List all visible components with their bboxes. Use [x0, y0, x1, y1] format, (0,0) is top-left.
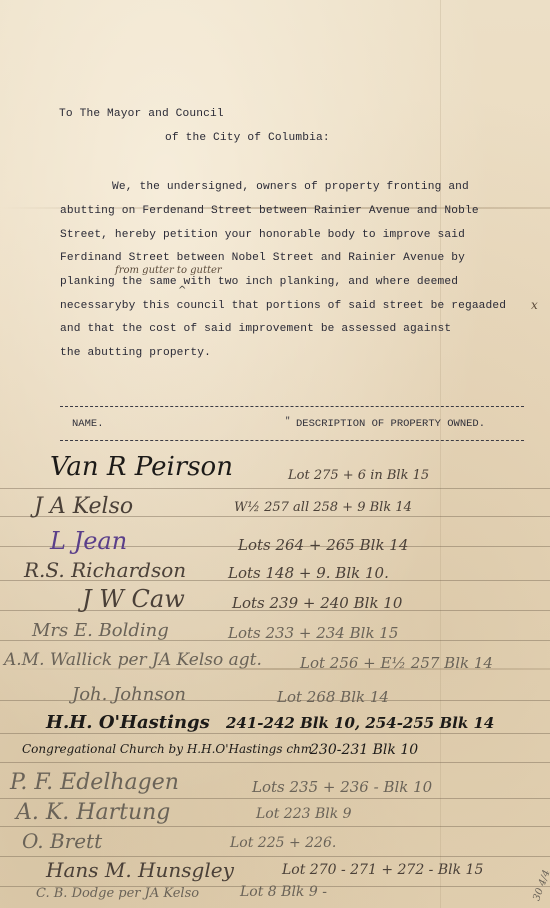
- body-line: We, the undersigned, owners of property …: [112, 181, 469, 193]
- signature-property: W½ 257 all 258 + 9 Blk 14: [234, 500, 412, 515]
- signature-name: Congregational Church by H.H.O'Hastings …: [22, 742, 312, 756]
- body-line: necessaryby this council that portions o…: [60, 300, 506, 312]
- signature-property: Lot 256 + E½ 257 Blk 14: [300, 654, 493, 672]
- signature-property: Lot 275 + 6 in Blk 15: [288, 468, 429, 483]
- signature-name: L Jean: [50, 527, 127, 555]
- ruled-line: [0, 762, 550, 763]
- header-top-rule: [60, 406, 524, 407]
- ruled-line: [0, 488, 550, 489]
- paper-fold-vertical: [440, 0, 441, 908]
- signature-property: Lots 235 + 236 - Blk 10: [252, 778, 432, 796]
- signature-property: 230-231 Blk 10: [310, 742, 418, 758]
- header-bottom-rule: [60, 440, 524, 441]
- ruled-line: [0, 856, 550, 857]
- body-line: the abutting property.: [60, 347, 211, 359]
- signature-name: Hans M. Hunsgley: [46, 858, 234, 882]
- handwritten-insert: from gutter to gutter: [115, 265, 222, 276]
- ruled-line: [0, 798, 550, 799]
- body-line: and that the cost of said improvement be…: [60, 323, 451, 335]
- addressee-line-2: of the City of Columbia:: [165, 132, 330, 144]
- body-line: Ferdinand Street between Nobel Street an…: [60, 252, 465, 264]
- ruled-line: [0, 733, 550, 734]
- column-header-name: NAME.: [72, 418, 104, 430]
- signature-name: J A Kelso: [34, 494, 133, 519]
- signature-property: Lot 268 Blk 14: [277, 688, 389, 706]
- signature-property: Lot 225 + 226.: [230, 835, 336, 851]
- signature-property: Lot 8 Blk 9 -: [240, 884, 327, 900]
- petition-document: To The Mayor and Council of the City of …: [0, 0, 550, 908]
- signature-property: Lot 270 - 271 + 272 - Blk 15: [282, 862, 483, 878]
- signature-name: Van R Peirson: [50, 452, 233, 482]
- signature-property: Lots 239 + 240 Blk 10: [232, 594, 402, 612]
- body-line: Street, hereby petition your honorable b…: [60, 229, 465, 241]
- signature-property: Lot 223 Blk 9: [256, 806, 352, 822]
- signature-name: A.M. Wallick per JA Kelso agt.: [4, 650, 262, 670]
- ruled-line: [0, 826, 550, 827]
- body-line: abutting on Ferdenand Street between Rai…: [60, 205, 479, 217]
- signature-name: R.S. Richardson: [24, 558, 186, 582]
- signature-property: Lots 264 + 265 Blk 14: [238, 536, 408, 554]
- column-header-description: DESCRIPTION OF PROPERTY OWNED.: [296, 418, 485, 430]
- signature-name: Joh. Johnson: [72, 684, 186, 705]
- signature-property: Lots 148 + 9. Blk 10.: [228, 564, 389, 582]
- insert-caret: ^: [178, 285, 186, 296]
- signature-name: Mrs E. Bolding: [32, 620, 169, 641]
- signature-property: Lots 233 + 234 Blk 15: [228, 624, 398, 642]
- signature-name: P. F. Edelhagen: [10, 770, 179, 795]
- body-line: planking the same with two inch planking…: [60, 276, 458, 288]
- signature-name: H.H. O'Hastings: [46, 712, 210, 733]
- signature-name: C. B. Dodge per JA Kelso: [36, 886, 199, 901]
- signature-property: 241-242 Blk 10, 254-255 Blk 14: [226, 714, 494, 732]
- signature-name: A. K. Hartung: [16, 800, 170, 825]
- signature-name: J W Caw: [82, 585, 185, 613]
- signature-name: O. Brett: [22, 829, 102, 853]
- column-divider: ": [285, 416, 290, 426]
- margin-mark: x: [531, 298, 538, 312]
- addressee-line-1: To The Mayor and Council: [59, 108, 224, 120]
